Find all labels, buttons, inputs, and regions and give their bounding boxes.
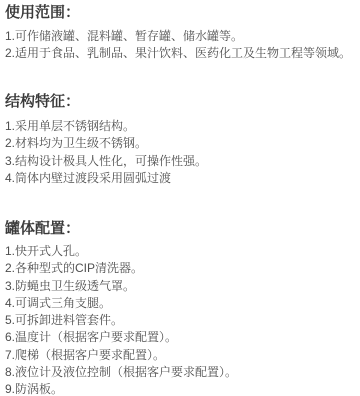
list-item: 6.温度计（根据客户要求配置）。	[5, 329, 355, 346]
section-usage-scope: 使用范围： 1.可作储液罐、混料罐、暂存罐、储水罐等。 2.适用于食品、乳制品、…	[5, 5, 355, 63]
list-item: 4.筒体内壁过渡段采用圆弧过渡	[5, 170, 355, 187]
section-title-structural-features: 结构特征：	[5, 94, 355, 110]
tank-configuration-list: 1.快开式人孔。 2.各种型式的CIP清洗器。 3.防蝇虫卫生级透气罩。 4.可…	[5, 243, 355, 396]
section-title-tank-configuration: 罐体配置：	[5, 221, 355, 237]
list-item: 5.可拆卸进料管套件。	[5, 312, 355, 329]
list-item: 1.采用单层不锈钢结构。	[5, 118, 355, 135]
list-item: 4.可调式三角支腿。	[5, 295, 355, 312]
list-item: 2.材料均为卫生级不锈钢。	[5, 135, 355, 152]
structural-features-list: 1.采用单层不锈钢结构。 2.材料均为卫生级不锈钢。 3.结构设计极具人性化，可…	[5, 118, 355, 187]
list-item: 9.防涡板。	[5, 381, 355, 396]
list-item: 8.液位计及液位控制（根据客户要求配置）。	[5, 364, 355, 381]
list-item: 1.快开式人孔。	[5, 243, 355, 260]
section-structural-features: 结构特征： 1.采用单层不锈钢结构。 2.材料均为卫生级不锈钢。 3.结构设计极…	[5, 94, 355, 187]
list-item: 3.防蝇虫卫生级透气罩。	[5, 278, 355, 295]
list-item: 7.爬梯（根据客户要求配置）。	[5, 347, 355, 364]
usage-scope-list: 1.可作储液罐、混料罐、暂存罐、储水罐等。 2.适用于食品、乳制品、果汁饮料、医…	[5, 28, 355, 63]
section-tank-configuration: 罐体配置： 1.快开式人孔。 2.各种型式的CIP清洗器。 3.防蝇虫卫生级透气…	[5, 221, 355, 396]
list-item: 1.可作储液罐、混料罐、暂存罐、储水罐等。	[5, 28, 355, 45]
list-item: 3.结构设计极具人性化，可操作性强。	[5, 153, 355, 170]
section-title-usage-scope: 使用范围：	[5, 5, 355, 21]
list-item: 2.各种型式的CIP清洗器。	[5, 260, 355, 277]
list-item: 2.适用于食品、乳制品、果汁饮料、医药化工及生物工程等领域。	[5, 45, 355, 62]
